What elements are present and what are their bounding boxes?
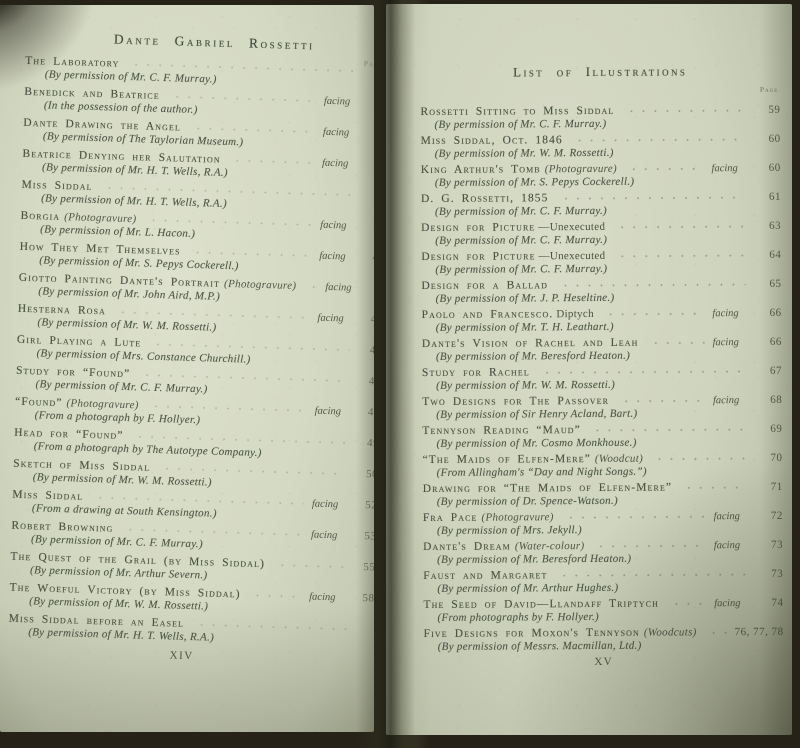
page-number: 71 [755,481,783,494]
page-number: 48 [356,406,374,420]
facing-label: facing [317,312,344,326]
page-number: 69 [754,423,782,436]
page-number: 72 [755,510,783,523]
list-item: Rossetti Sitting to Miss Siddal 59 (By p… [420,104,780,131]
list-item: The Seed of David—Llandaff Triptych faci… [423,597,783,624]
page-number: 40 [361,220,374,234]
list-item: Miss Siddal, Oct. 1846 60 (By permission… [421,133,781,160]
dot-leader [559,196,744,200]
entry-title: Fra Pace [423,512,478,525]
list-item: Hesterna Rosa facing 45 (By permission o… [17,303,366,338]
entry-credit: (By permission of Mr. Cosmo Monkhouse.) [436,436,782,450]
entry-title-line: Paolo and Francesco. Diptych facing 66 [422,307,782,322]
entry-credit: (By permission of Mr. C. F. Murray.) [434,117,780,131]
list-item: Study for Rachel 67 (By permission of Mr… [422,365,782,392]
page-number: 53 [352,530,374,544]
entry-title: Miss Siddal, Oct. 1846 [421,134,563,148]
facing-label: facing [320,219,347,233]
entry-note: (Photogravure) [545,163,617,176]
dot-leader [616,254,745,258]
dot-leader [708,631,727,634]
dot-leader [649,341,704,344]
entry-title: The Seed of David—Llandaff Triptych [423,598,659,612]
facing-label: facing [325,281,352,295]
page-number: 74 [755,597,783,610]
list-item: Design for a Ballad 65 (By permission of… [421,278,781,305]
entry-title: Design for Picture [421,250,535,264]
entry-credit: (By permission of Mr. S. Pepys Cockerell… [435,175,781,189]
facing-label: facing [713,394,739,407]
list-item: Tennyson Reading “Maud” 69 (By permissio… [422,423,782,450]
entry-title: Study for Rachel [422,366,530,380]
dot-leader [152,343,350,352]
page-number: 73 [755,568,783,581]
entry-credit: (By permission of Mr. C. F. Murray.) [435,204,781,218]
page-number: 68 [754,394,782,407]
entry-title: Hesterna Rosa [18,303,107,319]
page-number: 44 [366,282,374,296]
facing-label: facing [714,539,740,552]
page-number: 64 [753,249,781,262]
dot-leader [558,573,747,577]
entry-credit: (By permission of Mr. J. P. Heseltine.) [436,291,782,305]
entry-credit: (By permission of Sir Henry Acland, Bart… [436,407,782,421]
page-number: 67 [754,365,782,378]
entry-suffix: Diptych [556,308,594,321]
entry-note: (Water-colour) [515,540,585,553]
list-item: Design for Picture —Unexecuted 64 (By pe… [421,249,781,276]
list-item: Miss Siddal facing 52 (From a drawing at… [12,489,361,524]
right-page-content: List of Illustrations Page Rossetti Sitt… [386,4,792,735]
page-number: 58 [350,592,374,606]
list-item: Paolo and Francesco. Diptych facing 66 (… [422,307,782,334]
entry-suffix: —Unexecuted [538,221,605,234]
entry-credit: (By permission of Mr. Beresford Heaton.) [436,349,782,363]
page-number: 34 [365,96,374,110]
page-number: 70 [755,452,783,465]
right-page-column-label: Page [420,85,778,96]
list-item: The Quest of the Grail (by Miss Siddal) … [10,551,359,586]
dot-leader [192,251,312,258]
left-page-content: Dante Gabriel Rossetti Page The Laborato… [0,5,374,732]
entry-title: Paolo and Francesco. [422,308,554,322]
list-item: Two Designs for The Passover facing 68 (… [422,394,782,421]
entry-title: Drawing for “The Maids of Elfen-Mere” [423,481,672,496]
list-item: Miss Siddal 39 (By permission of Mr. H. … [21,179,370,214]
facing-label: facing [324,95,351,109]
list-item: How They Met Themselves facing 42 (By pe… [19,241,368,276]
dot-leader [195,623,348,631]
list-item: Dante Drawing the Angel facing 36 (By pe… [23,117,372,152]
dot-leader [565,515,706,519]
entry-title-line: The Seed of David—Llandaff Triptych faci… [423,597,783,612]
list-item: Head for “Found” 49 (From a photograph b… [14,427,363,462]
page-number: 66 [754,307,782,320]
facing-label: facing [714,597,740,610]
page-number: 49 [355,437,374,451]
facing-label: facing [319,250,346,264]
dot-leader [625,109,744,113]
list-item: Beatrice Denying her Salutation facing 3… [22,148,371,183]
entry-credit: (By permission of Mr. W. M. Rossetti.) [435,146,781,160]
entry-title: D. G. Rossetti, 1855 [421,192,549,206]
list-item: Drawing for “The Maids of Elfen-Mere” 71… [423,481,783,508]
entry-title-line: Dante's Vision of Rachel and Leah facing… [422,336,782,351]
dot-leader [605,312,705,316]
entry-title: Faust and Margaret [423,569,547,583]
entry-title: Design for a Ballad [421,279,548,293]
left-page-heading: Dante Gabriel Rossetti [114,31,374,55]
book-photo: Dante Gabriel Rossetti Page The Laborato… [0,0,800,748]
page-number: 50 [354,468,374,482]
entry-note: (Woodcut) [595,453,643,466]
list-item: “The Maids of Elfen-Mere” (Woodcut) 70 (… [423,452,783,479]
page-number: 73 [755,539,783,552]
dot-leader [592,428,747,432]
right-page: List of Illustrations Page Rossetti Sitt… [386,4,792,735]
dot-leader [171,95,316,102]
entry-credit: (By permission of Mr. C. F. Murray.) [435,233,781,247]
dot-leader [559,283,745,287]
right-page-heading: List of Illustrations [420,63,780,81]
left-folio: XIV [8,645,356,667]
entry-credit: (By permission of Mr. T. H. Leathart.) [436,320,782,334]
entry-title: Tennyson Reading “Maud” [422,424,580,438]
list-item: Design for Picture —Unexecuted 63 (By pe… [421,220,781,247]
page-number: 65 [753,278,781,291]
entry-title-line: Fra Pace (Photogravure) facing 72 [423,510,783,525]
list-item: The Laboratory 33 (By permission of Mr. … [25,55,374,90]
list-item: Borgia (Photogravure) facing 40 (By perm… [20,210,369,245]
page-number: 59 [752,104,780,117]
entry-credit: (By permission of Messrs. Macmillan, Ltd… [438,639,784,653]
entry-title: “The Maids of Elfen-Mere” [423,453,591,467]
list-item: Faust and Margaret 73 (By permission of … [423,568,783,595]
list-item: Sketch of Miss Siddal 50 (By permission … [13,458,362,493]
entry-credit: (By permission of Mrs. Jekyll.) [437,523,783,537]
page-number: 46 [358,344,374,358]
facing-label: facing [309,591,336,605]
facing-label: facing [322,157,349,171]
facing-label: facing [712,307,738,320]
dot-leader [117,311,310,320]
entry-credit: (From Allingham's “Day and Night Songs.”… [437,465,783,479]
entry-note: (Photogravure) [481,511,553,524]
page-number: 36 [364,127,374,141]
list-item: D. G. Rossetti, 1855 61 (By permission o… [421,191,781,218]
list-item: Fra Pace (Photogravure) facing 72 (By pe… [423,510,783,537]
left-page: Dante Gabriel Rossetti Page The Laborato… [0,5,374,732]
dot-leader [276,564,343,569]
entry-title: Miss Siddal [12,489,83,504]
entry-credit: (By permission of Mr. W. M. Rossetti.) [436,378,782,392]
entry-title-line: Two Designs for The Passover facing 68 [422,394,782,409]
facing-label: facing [311,529,338,543]
entry-title: Borgia [20,210,60,224]
dot-leader [94,496,304,505]
dot-leader [307,285,317,288]
page-number: 55 [351,561,374,575]
entry-title: Design for Picture [421,221,535,235]
facing-label: facing [711,162,737,175]
page-number: 60 [753,133,781,146]
list-item: Dante's Vision of Rachel and Leah facing… [422,336,782,363]
page-number: 45 [359,313,374,327]
facing-label: facing [323,126,350,140]
entry-title: Dante's Vision of Rachel and Leah [422,337,639,351]
dot-leader [574,138,745,142]
entry-title: Rossetti Sitting to Miss Siddal [420,105,614,119]
entry-suffix: —Unexecuted [539,250,606,263]
dot-leader [232,159,314,164]
list-item: Study for “Found” 47 (By permission of M… [15,365,364,400]
dot-leader [595,544,705,548]
list-item: “Found” (Photogravure) facing 48 (From a… [15,396,364,431]
page-number: 33 [366,65,374,79]
page-number: 47 [357,375,374,389]
dot-leader [620,399,705,403]
list-item: Giotto Painting Dante's Portrait (Photog… [18,272,367,307]
entry-note: (Woodcuts) [644,626,697,639]
dot-leader [134,435,347,444]
entry-title: “Found” [15,396,63,410]
page-number: 61 [753,191,781,204]
facing-label: facing [312,498,339,512]
page-number: 63 [753,220,781,233]
page-number: 38 [363,158,374,172]
entry-credit: (By permission of Mr. Arthur Hughes.) [437,581,783,595]
list-item: Girl Playing a Lute 46 (By permission of… [16,334,365,369]
entry-note: (Photogravure) [224,278,297,293]
dot-leader [616,225,745,229]
dot-leader [541,370,746,374]
dot-leader [683,486,747,489]
page-number: 52 [353,499,374,513]
entry-title-line: King Arthur's Tomb (Photogravure) facing… [421,162,781,177]
entry-title: Miss Siddal [21,179,92,194]
entry-title: Five Designs for Moxon's Tennyson [424,627,640,641]
right-entries: Rossetti Sitting to Miss Siddal 59 (By p… [420,104,783,653]
left-entries: The Laboratory 33 (By permission of Mr. … [8,55,373,648]
page-number: 66 [754,336,782,349]
list-item: Benedick and Beatrice facing 34 (In the … [24,86,373,121]
page-number: 76, 77, 78 [735,626,784,639]
list-item: King Arthur's Tomb (Photogravure) facing… [421,162,781,189]
entry-credit: (By permission of Mr. C. F. Murray.) [435,262,781,276]
list-item: The Woeful Victory (by Miss Siddal) faci… [9,582,358,617]
entry-title: Dante's Dream [423,540,511,554]
page-number: 60 [753,162,781,175]
page-number: 42 [360,251,374,265]
facing-label: facing [713,336,739,349]
right-folio: XV [424,655,784,669]
entry-title-line: Dante's Dream (Water-colour) facing 73 [423,539,783,554]
entry-title: Two Designs for The Passover [422,395,609,409]
facing-label: facing [315,405,342,419]
list-item: Five Designs for Moxon's Tennyson (Woodc… [424,626,784,653]
dot-leader [124,528,303,536]
dot-leader [147,219,312,227]
entry-credit: (From photographs by F. Hollyer.) [437,610,783,624]
dot-leader [670,602,706,605]
list-item: Robert Browning facing 53 (By permission… [11,520,360,555]
facing-label: facing [714,510,740,523]
dot-leader [192,127,315,134]
dot-leader [654,457,747,461]
list-item: Miss Siddal before an Easel (By permissi… [8,613,357,648]
entry-credit: (By permission of Mr. Beresford Heaton.) [437,552,783,566]
dot-leader [252,594,302,598]
entry-credit: (By permission of Dr. Spence-Watson.) [437,494,783,508]
entry-title: King Arthur's Tomb [421,163,541,177]
page-number: 39 [362,189,374,203]
list-item: Dante's Dream (Water-colour) facing 73 (… [423,539,783,566]
dot-leader [161,467,346,475]
dot-leader [628,167,704,170]
dot-leader [150,405,307,413]
dot-leader [141,373,349,382]
